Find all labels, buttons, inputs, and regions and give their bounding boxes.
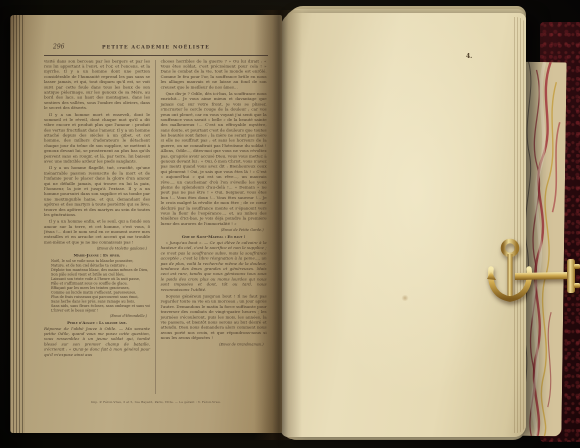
text-column-right: choses horribles de la guerre ? » Ou lui… bbox=[161, 59, 267, 397]
page-stack-edge bbox=[10, 15, 25, 433]
foxing-stain bbox=[401, 295, 409, 301]
open-book-photo: 4. 296 PETITE ACADÉMIE NOËLISTE visité d… bbox=[0, 0, 580, 448]
paragraph: Il y a un homme flagellé, tué, crucifié,… bbox=[44, 166, 150, 218]
paragraph: « Jusqu'au bout ». — Ce qui élève le cal… bbox=[161, 241, 267, 293]
envoi-attribution: (Envoi d'Hirondelle.) bbox=[44, 314, 147, 318]
section-heading: Perle d'Alsace : La grande âme. bbox=[44, 320, 150, 325]
paragraph: Soyons généreux jusqu'au bout ! Il ne fa… bbox=[161, 294, 267, 341]
header-rule bbox=[44, 55, 268, 56]
paragraph: Il y a un homme enfin, et le seul, qui a… bbox=[44, 219, 150, 245]
text-block: 296 PETITE ACADÉMIE NOËLISTE visité dans… bbox=[44, 41, 268, 419]
anchor-clasp-icon bbox=[487, 235, 580, 321]
paragraph: Que dis-je ? Odile, dès ici-bas, la souf… bbox=[161, 91, 267, 226]
printed-left-page: 296 PETITE ACADÉMIE NOËLISTE visité dans… bbox=[10, 15, 282, 433]
text-column-left: visité dans son berceau par les bergers … bbox=[44, 59, 150, 397]
column-rule bbox=[155, 60, 156, 394]
envoi-attribution: (Envoi de Petite Garde.) bbox=[161, 228, 264, 232]
envoi-attribution: (Envoi de Grandmaman.) bbox=[161, 342, 264, 346]
paragraph: choses horribles de la guerre ? » Ou lui… bbox=[161, 59, 267, 90]
running-title: PETITE ACADÉMIE NOËLISTE bbox=[44, 45, 268, 51]
two-column-text: visité dans son berceau par les bergers … bbox=[44, 59, 268, 397]
envoi-attribution: (Envoi de Violette gauloise.) bbox=[44, 247, 147, 251]
poem: Noël, le sol se voile sous ta blanche po… bbox=[51, 259, 150, 313]
section-heading: Gme de Saint-Martial : En haut ! bbox=[161, 235, 267, 240]
section-heading: Marie-Jeanne : En hiver. bbox=[44, 253, 150, 258]
paragraph: Il y a un homme mort et enseveli, dont l… bbox=[44, 112, 150, 164]
poem-line: L'hiver est le beau séjour ! bbox=[51, 308, 150, 312]
paragraph: Réponse de l'abbé Jouve à Odile. — Ma sa… bbox=[44, 326, 150, 357]
blank-right-page: 4. bbox=[281, 13, 526, 437]
signature-mark: 4. bbox=[466, 53, 472, 60]
paragraph: visité dans son berceau par les bergers … bbox=[44, 59, 150, 111]
printer-imprint: Imp. P. Féron-Vrau, 3 et 5, rue Bayard, … bbox=[44, 401, 268, 404]
masthead: 296 PETITE ACADÉMIE NOËLISTE bbox=[44, 41, 268, 53]
